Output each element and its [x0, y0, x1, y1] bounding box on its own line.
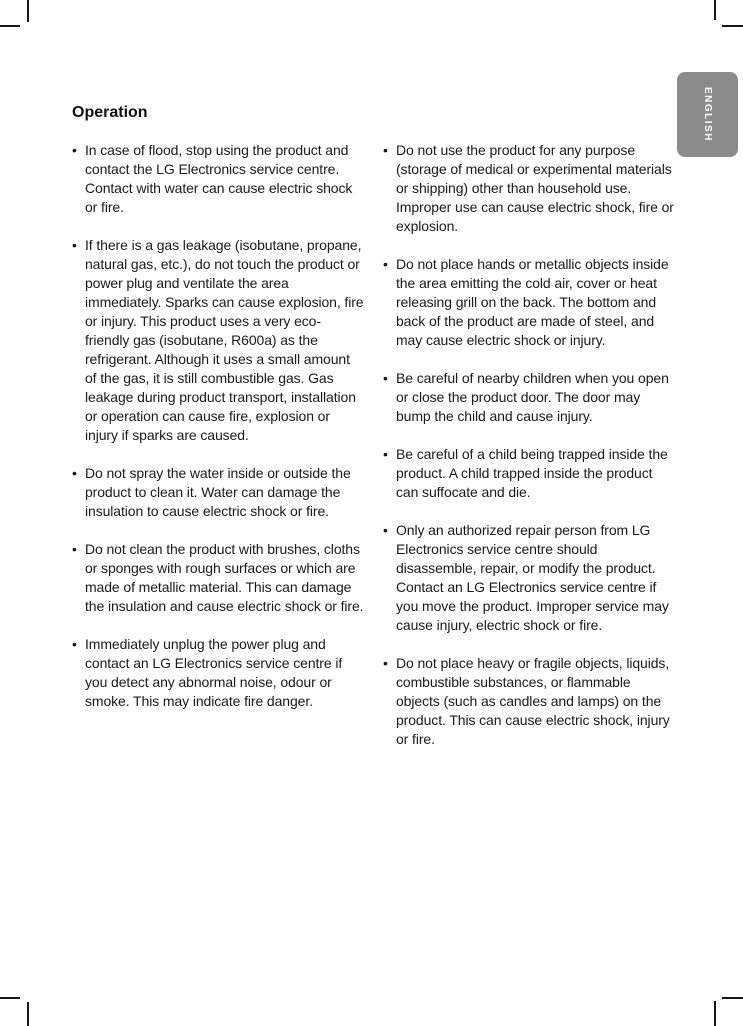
bullet-item: Be careful of nearby children when you o…: [383, 369, 676, 426]
language-tab-english: ENGLISH: [677, 72, 738, 157]
bullet-item: Do not place hands or metallic objects i…: [383, 255, 676, 350]
bullet-item: If there is a gas leakage (isobutane, pr…: [72, 236, 365, 445]
bullet-item: Immediately unplug the power plug and co…: [72, 635, 365, 711]
bullet-item: Be careful of a child being trapped insi…: [383, 445, 676, 502]
crop-mark-top-right-horizontal: [722, 25, 743, 27]
bullet-item: Only an authorized repair person from LG…: [383, 521, 676, 635]
bullet-item: In case of flood, stop using the product…: [72, 141, 365, 217]
crop-mark-top-left-vertical: [27, 0, 29, 22]
page-title: Operation: [72, 104, 148, 122]
right-column-bullet-list: Do not use the product for any purpose (…: [383, 141, 676, 768]
crop-mark-top-left-horizontal: [0, 25, 20, 27]
crop-mark-bottom-right-horizontal: [722, 997, 743, 999]
bullet-item: Do not clean the product with brushes, c…: [72, 540, 365, 616]
bullet-item: Do not place heavy or fragile objects, l…: [383, 654, 676, 749]
manual-page: ENGLISH Operation In case of flood, stop…: [0, 0, 743, 1026]
content-columns: In case of flood, stop using the product…: [72, 141, 676, 768]
crop-mark-top-right-vertical: [714, 0, 716, 20]
crop-mark-bottom-right-vertical: [714, 1001, 716, 1026]
bullet-item: Do not use the product for any purpose (…: [383, 141, 676, 236]
bullet-item: Do not spray the water inside or outside…: [72, 464, 365, 521]
crop-mark-bottom-left-vertical: [27, 1002, 29, 1026]
left-column-bullet-list: In case of flood, stop using the product…: [72, 141, 365, 768]
crop-mark-bottom-left-horizontal: [0, 997, 20, 999]
